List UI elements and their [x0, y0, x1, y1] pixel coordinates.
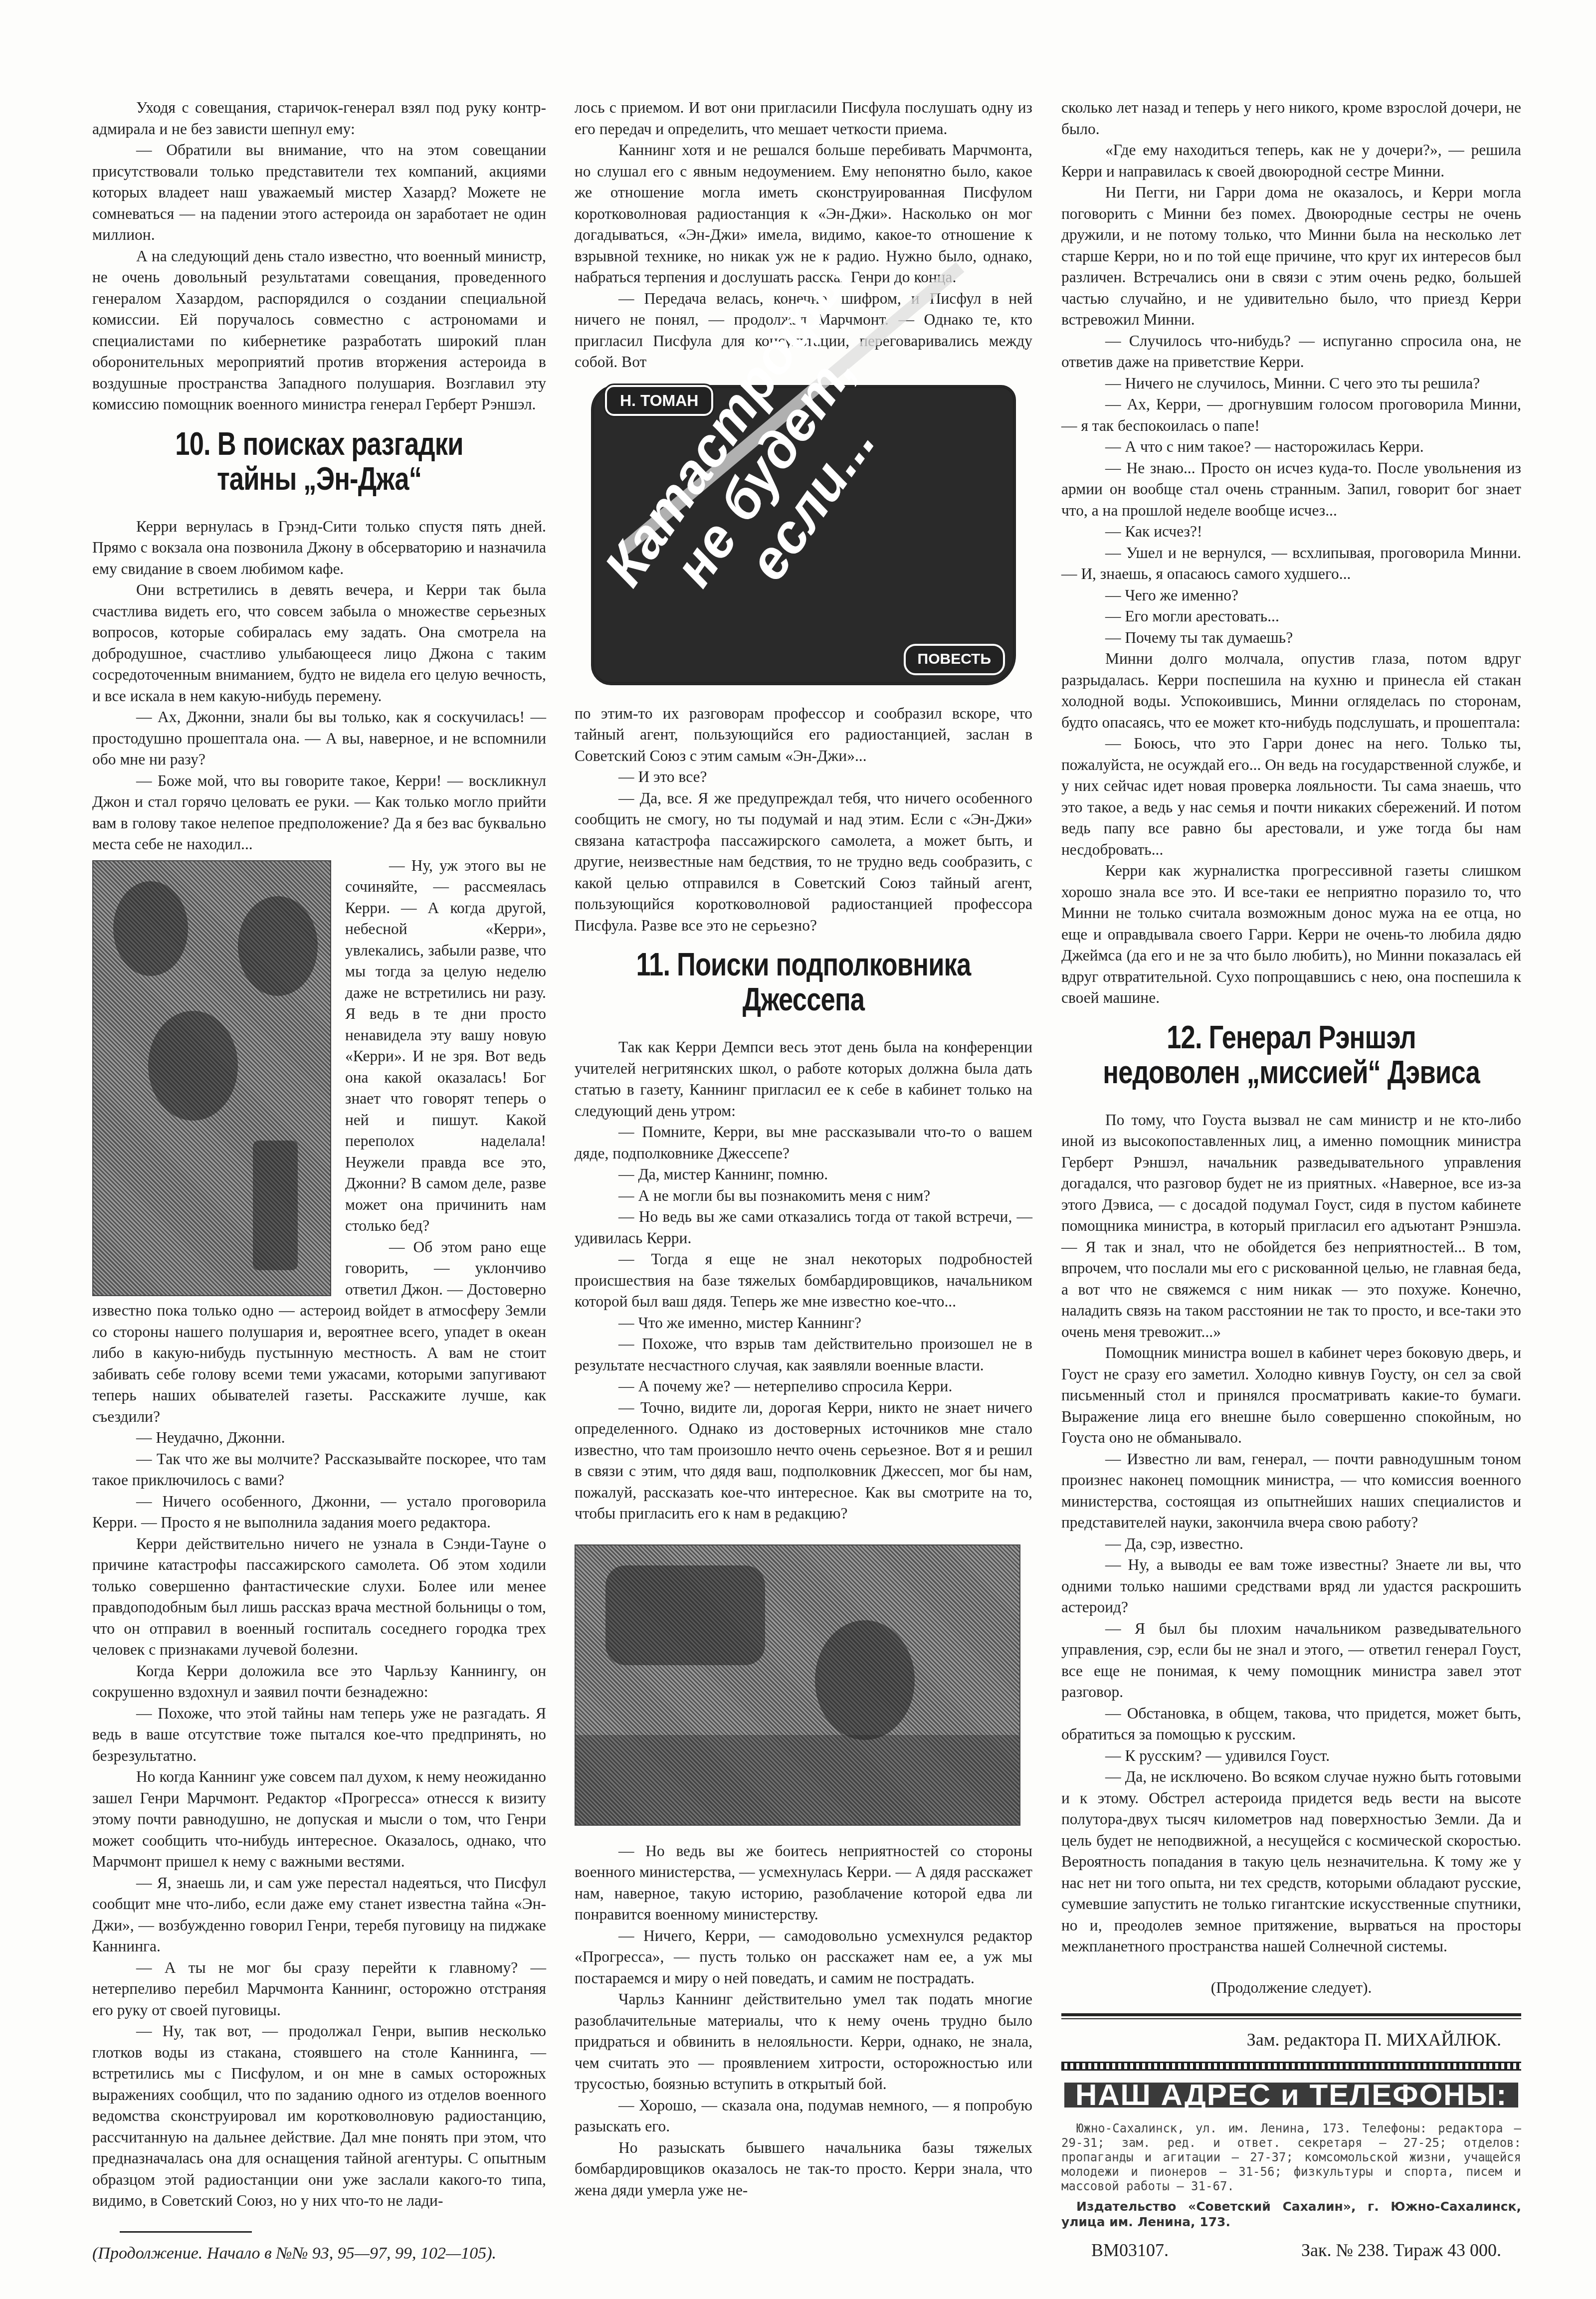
column-3: сколько лет назад и теперь у него никого…: [1061, 97, 1521, 2261]
paragraph: — Я, знаешь ли, и сам уже перестал надея…: [92, 1873, 546, 1957]
paragraph: Но разыскать бывшего начальника базы тяж…: [575, 2137, 1032, 2201]
paragraph: По тому, что Гоуста вызвал не сам минист…: [1061, 1110, 1521, 1343]
paragraph: — Да, мистер Каннинг, помню.: [575, 1164, 1032, 1185]
paragraph: — Не знаю... Просто он исчез куда-то. По…: [1061, 458, 1521, 522]
paragraph: — Но ведь вы же сами отказались тогда от…: [575, 1206, 1032, 1249]
column-2: лось с приемом. И вот они пригласили Пис…: [575, 97, 1032, 2201]
paragraph: Так как Керри Демпси весь этот день была…: [575, 1037, 1032, 1122]
paragraph: — И это все?: [575, 766, 1032, 788]
paragraph: — Ушел и не вернулся, — всхлипывая, прог…: [1061, 543, 1521, 585]
chapter-11-heading: 11. Поиски подполковника Джессепа: [616, 947, 992, 1017]
man-at-desk-illustration: [575, 1544, 1020, 1826]
paragraph: — Боюсь, что это Гарри донес на него. То…: [1061, 733, 1521, 860]
paragraph: — Почему ты так думаешь?: [1061, 627, 1521, 649]
wavy-divider: [1061, 2062, 1521, 2071]
paragraph: Керри как журналистка прогрессивной газе…: [1061, 860, 1521, 1009]
paragraph: — Обстановка, в общем, такова, что приде…: [1061, 1703, 1521, 1745]
paragraph: — Как исчез?!: [1061, 521, 1521, 543]
continuation-footnote: (Продолжение. Начало в №№ 93, 95—97, 99,…: [92, 2244, 496, 2263]
chapter-10-heading: 10. В поисках разгадки тайны „Эн-Джа“: [133, 426, 505, 496]
paragraph: Минни долго молчала, опустив глаза, пото…: [1061, 648, 1521, 733]
paragraph: — Чего же именно?: [1061, 585, 1521, 606]
paragraph: Помощник министра вошел в кабинет через …: [1061, 1342, 1521, 1449]
deputy-editor-signature: Зам. редактора П. МИХАЙЛЮК.: [1061, 2029, 1521, 2051]
paragraph: — Да, не исключено. Во всяком случае нуж…: [1061, 1766, 1521, 1957]
paragraph: лось с приемом. И вот они пригласили Пис…: [575, 97, 1032, 140]
paragraph: Когда Керри доложила все это Чарльзу Кан…: [92, 1661, 546, 1703]
contacts-text: Южно-Сахалинск, ул. им. Ленина, 173. Тел…: [1061, 2121, 1521, 2194]
paragraph: — Ничего особенного, Джонни, — устало пр…: [92, 1491, 546, 1533]
paragraph: — Но ведь вы же боитесь неприятностей со…: [575, 1841, 1032, 1925]
paragraph: — Боже мой, что вы говорите такое, Керри…: [92, 770, 546, 855]
paragraph: — Известно ли вам, генерал, — почти равн…: [1061, 1449, 1521, 1533]
paragraph: «Где ему находиться теперь, как не у доч…: [1061, 140, 1521, 182]
paragraph: — Тогда я еще не знал некоторых подробно…: [575, 1249, 1032, 1313]
paragraph: Керри вернулась в Грэнд-Сити только спус…: [92, 516, 546, 580]
paragraph: — К русским? — удивился Гоуст.: [1061, 1745, 1521, 1767]
paragraph: — А что с ним такое? — насторожилась Кер…: [1061, 436, 1521, 458]
paragraph: — Похоже, что этой тайны нам теперь уже …: [92, 1703, 546, 1767]
paragraph: по этим-то их разговорам профессор и соо…: [575, 703, 1032, 767]
paragraph: — Ничего не случилось, Минни. С чего это…: [1061, 373, 1521, 394]
paragraph: — Ах, Джонни, знали бы вы только, как я …: [92, 707, 546, 770]
paragraph: — Хорошо, — сказала она, подумав немного…: [575, 2095, 1032, 2137]
imprint-line: ВМ03107. Зак. № 238. Тираж 43 000.: [1061, 2230, 1521, 2261]
paragraph: Но когда Каннинг уже совсем пал духом, к…: [92, 1766, 546, 1873]
to-be-continued: (Продолжение следует).: [1061, 1977, 1521, 1999]
paragraph: — Помните, Керри, вы мне рассказывали чт…: [575, 1122, 1032, 1164]
paragraph: — Да, сэр, известно.: [1061, 1533, 1521, 1555]
paragraph: — Что же именно, мистер Каннинг?: [575, 1313, 1032, 1334]
paragraph: — Да, все. Я же предупреждал тебя, что н…: [575, 788, 1032, 937]
paragraph: — Так что же вы молчите? Рассказывайте п…: [92, 1449, 546, 1491]
paragraph: — А почему же? — нетерпеливо спросила Ке…: [575, 1376, 1032, 1397]
paragraph: — А не могли бы вы познакомить меня с ни…: [575, 1185, 1032, 1207]
paragraph: — Точно, видите ли, дорогая Керри, никто…: [575, 1397, 1032, 1525]
contacts-heading: НАШ АДРЕС и ТЕЛЕФОНЫ:: [1064, 2083, 1518, 2108]
chapter-12-heading: 12. Генерал Рэншэл недоволен „миссией“ Д…: [1103, 1020, 1480, 1090]
paragraph: — Ах, Керри, — дрогнувшим голосом прогов…: [1061, 394, 1521, 436]
paragraph: Ни Пегги, ни Гарри дома не оказалось, и …: [1061, 182, 1521, 331]
paragraph: — Случилось что-нибудь? — испуганно спро…: [1061, 331, 1521, 373]
paragraph: — Обратили вы внимание, что на этом сове…: [92, 140, 546, 246]
paragraph: — Ну, так вот, — продолжал Генри, выпив …: [92, 2021, 546, 2212]
paragraph: — Похоже, что взрыв там действительно пр…: [575, 1334, 1032, 1376]
publisher-info: Издательство «Советский Сахалин», г. Южн…: [1061, 2199, 1521, 2230]
print-code: ВМ03107.: [1091, 2240, 1169, 2261]
order-and-circulation: Зак. № 238. Тираж 43 000.: [1301, 2240, 1501, 2261]
paragraph: — Его могли арестовать...: [1061, 606, 1521, 627]
column-1: Уходя с совещания, старичок-генерал взял…: [92, 97, 546, 2212]
genre-label: ПОВЕСТЬ: [904, 644, 1005, 675]
story-title-banner: Н. ТОМАН Катастрофы не будет, если... ПО…: [591, 385, 1016, 685]
paragraph: Чарльз Каннинг действительно умел так по…: [575, 1989, 1032, 2095]
paragraph: — Я был бы плохим начальником разведыват…: [1061, 1618, 1521, 1703]
paragraph: Керри действительно ничего не узнала в С…: [92, 1533, 546, 1661]
paragraph: — Ну, а выводы ее вам тоже известны? Зна…: [1061, 1554, 1521, 1618]
paragraph: Они встретились в девять вечера, и Керри…: [92, 579, 546, 707]
paragraph: Уходя с совещания, старичок-генерал взял…: [92, 97, 546, 140]
paragraph: — Неудачно, Джонни.: [92, 1427, 546, 1449]
paragraph: А на следующий день стало известно, что …: [92, 246, 546, 415]
paragraph: — А ты не мог бы сразу перейти к главном…: [92, 1957, 546, 2021]
paragraph: сколько лет назад и теперь у него никого…: [1061, 97, 1521, 140]
section-divider: [1061, 2013, 1521, 2019]
footnote-divider: [120, 2231, 252, 2233]
paragraph: — Ничего, Керри, — самодовольно усмехнул…: [575, 1925, 1032, 1989]
three-men-radio-illustration: [92, 860, 331, 1296]
